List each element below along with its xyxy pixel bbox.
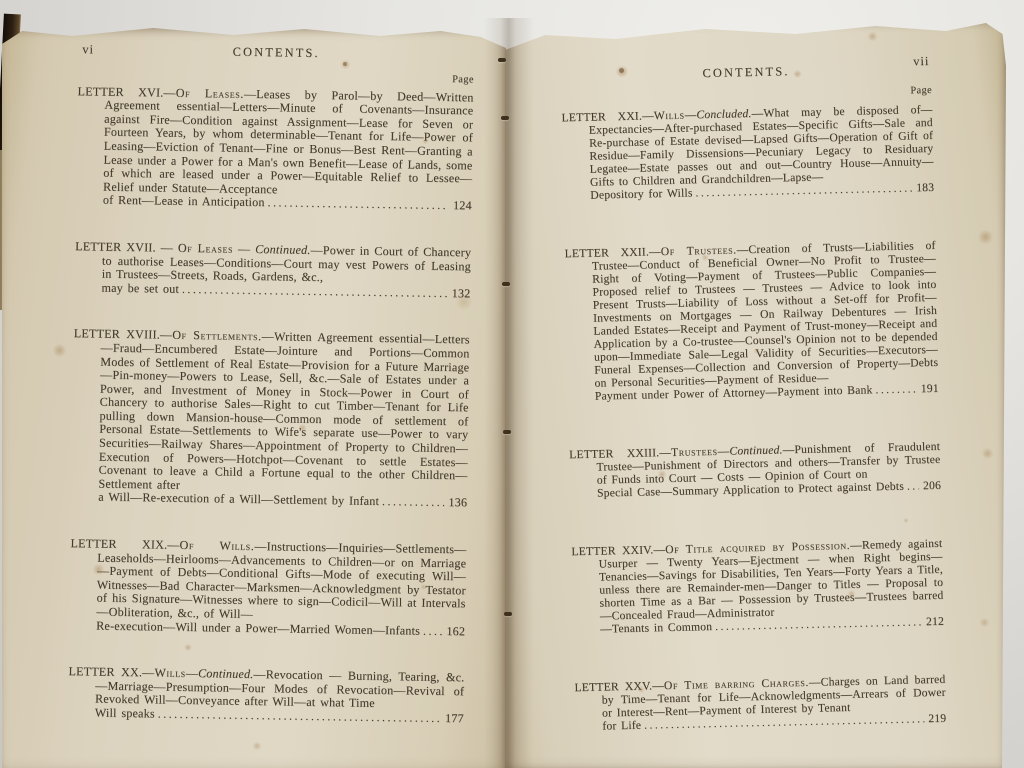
page-header: vi CONTENTS.	[78, 43, 474, 66]
entry-page-number: 183	[913, 181, 934, 194]
toc-entry-text: LETTER XXII.—Of Trustees.—Creation of Tr…	[564, 239, 938, 390]
toc-entry-lastline-text: —Tenants in Common	[600, 620, 712, 636]
dot-leader: ........................................…	[182, 284, 448, 302]
toc-entry-segment: Continued.	[729, 443, 783, 457]
running-head: CONTENTS.	[78, 43, 474, 63]
toc-entry-lastline-text: for Life	[602, 719, 641, 733]
toc-entry-segment: Continued.	[255, 242, 311, 257]
toc-entry-segment: LETTER XIX.—	[70, 536, 179, 552]
entry-page-number: 132	[449, 287, 471, 301]
toc-entry-segment: —Creation of Trusts—Liabilities of Trust…	[592, 239, 939, 390]
entry-page-number: 206	[920, 479, 941, 492]
toc-entry-text: LETTER XVIII.—Of Settlements.—Written Ag…	[71, 327, 470, 496]
toc-entry: LETTER XXV.—Of Time barring Charges.—Cha…	[574, 673, 946, 734]
toc-entry-segment: —	[186, 666, 199, 680]
toc-entry-segment: LETTER XVI.—	[78, 84, 176, 100]
running-head: CONTENTS.	[560, 62, 931, 83]
dot-leader: ........................................…	[268, 198, 450, 214]
toc-entry-lastline-text: of Rent—Lease in Anticipation	[103, 194, 265, 210]
entry-page-number: 177	[442, 712, 464, 726]
toc-entry-segment: —Instructions—Inquiries—Settlements—Leas…	[96, 539, 466, 621]
toc-entry-text: LETTER XIX.—Of Wills.—Instructions—Inqui…	[69, 537, 466, 625]
entry-page-number: 191	[918, 382, 939, 395]
toc-entry-segment: Continued.	[198, 666, 254, 681]
toc-entry-segment: Concluded.	[696, 107, 751, 121]
entry-page-number: 219	[925, 712, 946, 725]
toc-entry-segment: Trustees	[671, 445, 718, 459]
toc-entry-segment: —Written Agreement essential—Letters—Fra…	[98, 329, 470, 491]
book-page-right: vii CONTENTS. Page LETTER XXI.—Wills—Con…	[505, 18, 1006, 768]
toc-entry-segment: —	[685, 108, 697, 121]
toc-entry: LETTER XVI.—Of Leases.—Leases by Parol—b…	[76, 85, 474, 215]
dot-leader: ........................................…	[158, 709, 441, 727]
dot-leader: ........................................…	[423, 625, 443, 639]
dot-leader: ........................................…	[382, 496, 445, 511]
toc-entry-text: LETTER XVI.—Of Leases.—Leases by Parol—b…	[76, 85, 474, 200]
entry-page-number: 124	[450, 199, 472, 213]
toc-entry: LETTER XXIV.—Of Title acquired by Posses…	[571, 537, 944, 637]
folio-number: vi	[82, 43, 94, 57]
toc-entry-lastline-text: a Will—Re-execution of a Will—Settlement…	[98, 491, 379, 509]
toc-entry-text: LETTER XXI.—Wills—Concluded.—What may be…	[561, 103, 934, 189]
toc-entry-segment: LETTER XX.—	[68, 664, 154, 679]
toc-entry: LETTER XXII.—Of Trustees.—Creation of Tr…	[564, 239, 938, 404]
toc-entry-lastline-text: Re-execution—Will under a Power—Married …	[96, 619, 420, 638]
toc-entry-segment: Wills	[154, 666, 186, 680]
toc-entry-lastline-text: Depository for Wills	[590, 186, 693, 201]
dot-leader: ........................................…	[907, 480, 919, 493]
toc-entry: LETTER XXI.—Wills—Concluded.—What may be…	[561, 103, 934, 203]
toc-entry-segment: —	[233, 242, 255, 256]
toc-entries: LETTER XXI.—Wills—Concluded.—What may be…	[561, 103, 946, 734]
entry-page-number: 162	[443, 625, 465, 639]
toc-entry-lastline-text: may be set out	[101, 281, 179, 296]
toc-entry-segment: LETTER XVIII.—	[74, 326, 173, 342]
toc-entry: LETTER XVIII.—Of Settlements.—Written Ag…	[71, 327, 470, 511]
toc-entry-text: LETTER XVII. — Of Leases — Continued.—Po…	[75, 240, 472, 287]
entry-page-number: 136	[445, 496, 467, 510]
toc-entry-segment: —	[717, 445, 729, 458]
toc-entry: LETTER XVII. — Of Leases — Continued.—Po…	[74, 240, 471, 302]
page-column-label: Page	[561, 84, 932, 105]
toc-entry-segment: Wills	[654, 109, 685, 123]
book-page-left: vi CONTENTS. Page LETTER XVI.—Of Leases.…	[2, 26, 506, 768]
entry-page-number: 212	[923, 615, 944, 628]
toc-entry: LETTER XX.—Wills—Continued.—Revocation —…	[68, 665, 465, 727]
folio-number: vii	[913, 55, 929, 68]
toc-entry-segment: —Leases by Parol—by Deed—Written Agreeme…	[103, 86, 474, 196]
dot-leader: ........................................…	[875, 383, 917, 397]
page-header: vii CONTENTS.	[560, 62, 931, 87]
toc-entry-lastline-text: Will speaks	[95, 707, 155, 722]
toc-entry: LETTER XXIII.—Trustees—Continued.—Punish…	[569, 440, 941, 501]
toc-entry-segment: Of Leases	[178, 241, 233, 256]
toc-entry: LETTER XIX.—Of Wills.—Instructions—Inqui…	[69, 537, 466, 639]
toc-entries: LETTER XVI.—Of Leases.—Leases by Parol—b…	[68, 85, 474, 727]
open-book-photo: vi CONTENTS. Page LETTER XVI.—Of Leases.…	[0, 0, 1024, 768]
toc-entry-text: LETTER XXIV.—Of Title acquired by Posses…	[571, 537, 944, 623]
toc-entry-segment: LETTER XVII. —	[75, 239, 178, 255]
